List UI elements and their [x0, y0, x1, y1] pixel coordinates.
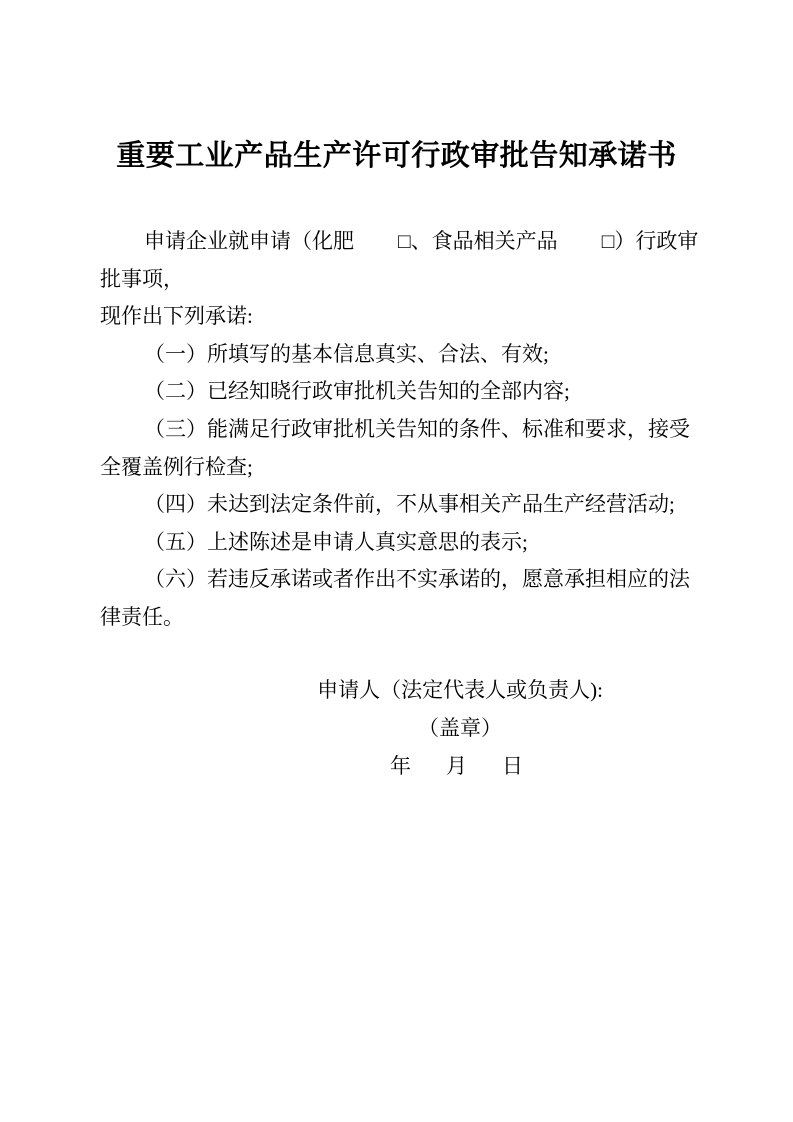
- signature-date-line: 年 月 日: [130, 747, 790, 785]
- intro-line-2: 现作出下列承诺:: [100, 298, 705, 336]
- fertilizer-checkbox[interactable]: □: [354, 223, 411, 261]
- signature-seal-line: （盖章）: [130, 709, 790, 747]
- text-segment: 申请企业就申请（化肥: [144, 229, 354, 253]
- text-segment: 、食品相关产品: [411, 229, 558, 253]
- intro-line-1: 申请企业就申请（化肥□、食品相关产品□）行政审批事项，: [100, 223, 705, 298]
- document-body: 申请企业就申请（化肥□、食品相关产品□）行政审批事项，现作出下列承诺:（一）所填…: [100, 223, 705, 637]
- signature-applicant-line: 申请人（法定代表人或负责人):: [130, 671, 790, 709]
- commitment-4: （四）未达到法定条件前，不从事相关产品生产经营活动;: [100, 486, 705, 524]
- signature-block: 申请人（法定代表人或负责人): （盖章） 年 月 日: [130, 671, 790, 786]
- commitment-1: （一）所填写的基本信息真实、合法、有效;: [100, 336, 705, 374]
- commitment-5: （五）上述陈述是申请人真实意思的表示;: [100, 524, 705, 562]
- food-related-product-checkbox[interactable]: □: [558, 223, 615, 261]
- document-page: 重要工业产品生产许可行政审批告知承诺书 申请企业就申请（化肥□、食品相关产品□）…: [0, 0, 793, 1122]
- commitment-6-line-1: （六）若违反承诺或者作出不实承诺的，愿意承担相应的法: [100, 561, 705, 599]
- commitment-6-line-2: 律责任。: [100, 599, 705, 637]
- document-title: 重要工业产品生产许可行政审批告知承诺书: [0, 137, 793, 175]
- commitment-3-line-2: 全覆盖例行检查;: [100, 449, 705, 487]
- commitment-3-line-1: （三）能满足行政审批机关告知的条件、标准和要求，接受: [100, 411, 705, 449]
- commitment-2: （二）已经知晓行政审批机关告知的全部内容;: [100, 373, 705, 411]
